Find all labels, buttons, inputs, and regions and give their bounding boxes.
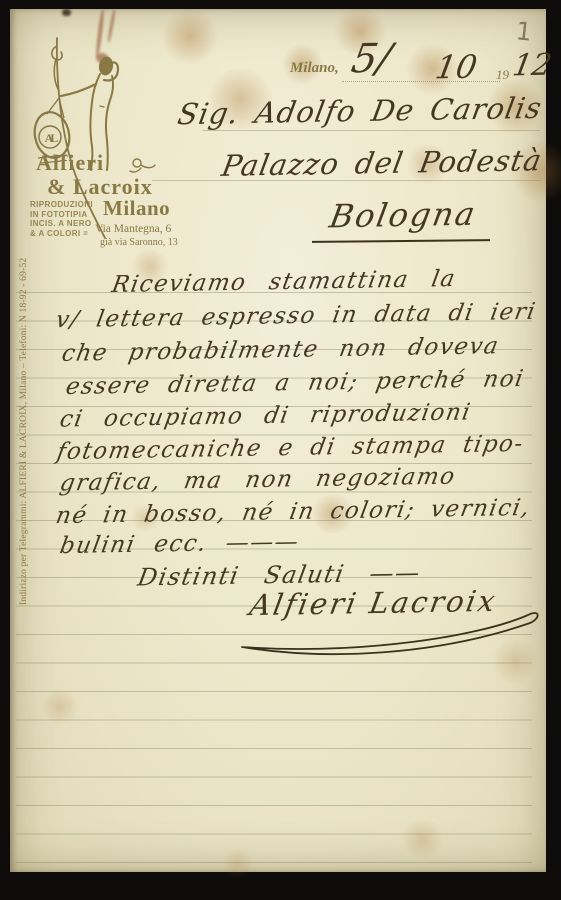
recipient-address: Palazzo del Podestà [219,146,544,181]
dateline-month: 10 [433,51,479,84]
recipient-city-underline [312,239,490,243]
body-line: Riceviamo stamattina la [110,268,458,297]
recipient-guide [202,130,540,131]
scan-background: { "scan": { "page_number": "1" }, "lette… [0,0,561,900]
foxing-stain [220,849,255,879]
monogram-text: AL [45,131,59,145]
foxing-stain [400,819,445,859]
body-line: fotomeccaniche e di stampa tipo- [55,433,526,464]
services-line: & A COLORI = [30,229,100,239]
body-line: essere diretta a noi; perché noi [64,368,526,399]
recipient-name: Sig. Adolfo De Carolis [175,94,544,129]
body-line: grafica, ma non negoziamo [58,466,457,496]
ink-mark [62,9,71,16]
letterhead-services: RIPRODUZIONI IN FOTOTIPIA INCIS. A NERO … [30,200,100,238]
foxing-stain [160,9,220,64]
dateline-year-written: 12 [510,51,553,82]
dateline-day: 5/ [348,39,394,80]
letterhead-name-1: Alfieri [36,152,104,174]
letterhead-city: Milano [103,198,170,219]
letter-page: AL Alfieri & Lacroix RIPRODUZIONI IN FOT… [10,9,546,872]
services-line: RIPRODUZIONI [30,200,100,210]
signature-flourish [238,609,550,661]
body-line: ci occupiamo di riproduzioni [58,401,473,431]
services-line: INCIS. A NERO [30,219,100,229]
body-line: v/ lettera espresso in data di ieri [54,301,538,332]
dateline-year-printed: 19 [496,68,509,81]
body-line: che probabilmente non doveva [60,335,501,366]
dateline-city-label: Milano, [290,61,339,76]
recipient-city: Bologna [327,198,479,233]
letterhead-name-2: & Lacroix [47,176,153,198]
body-line: né in bosso, né in colori; vernici, [54,497,532,528]
foxing-stain [40,689,80,724]
letterhead-address-2: già via Saronno, 13 [100,238,178,248]
page-number-pencil: 1 [515,16,534,47]
services-line: IN FOTOTIPIA [30,210,100,220]
telegram-address-vertical: Indirizzo per Telegrammi: ALFIERI & LACR… [19,263,29,605]
letterhead-address-1: Via Mantegna, 6 [95,224,171,236]
body-line: bulini ecc. ——— [58,531,301,558]
